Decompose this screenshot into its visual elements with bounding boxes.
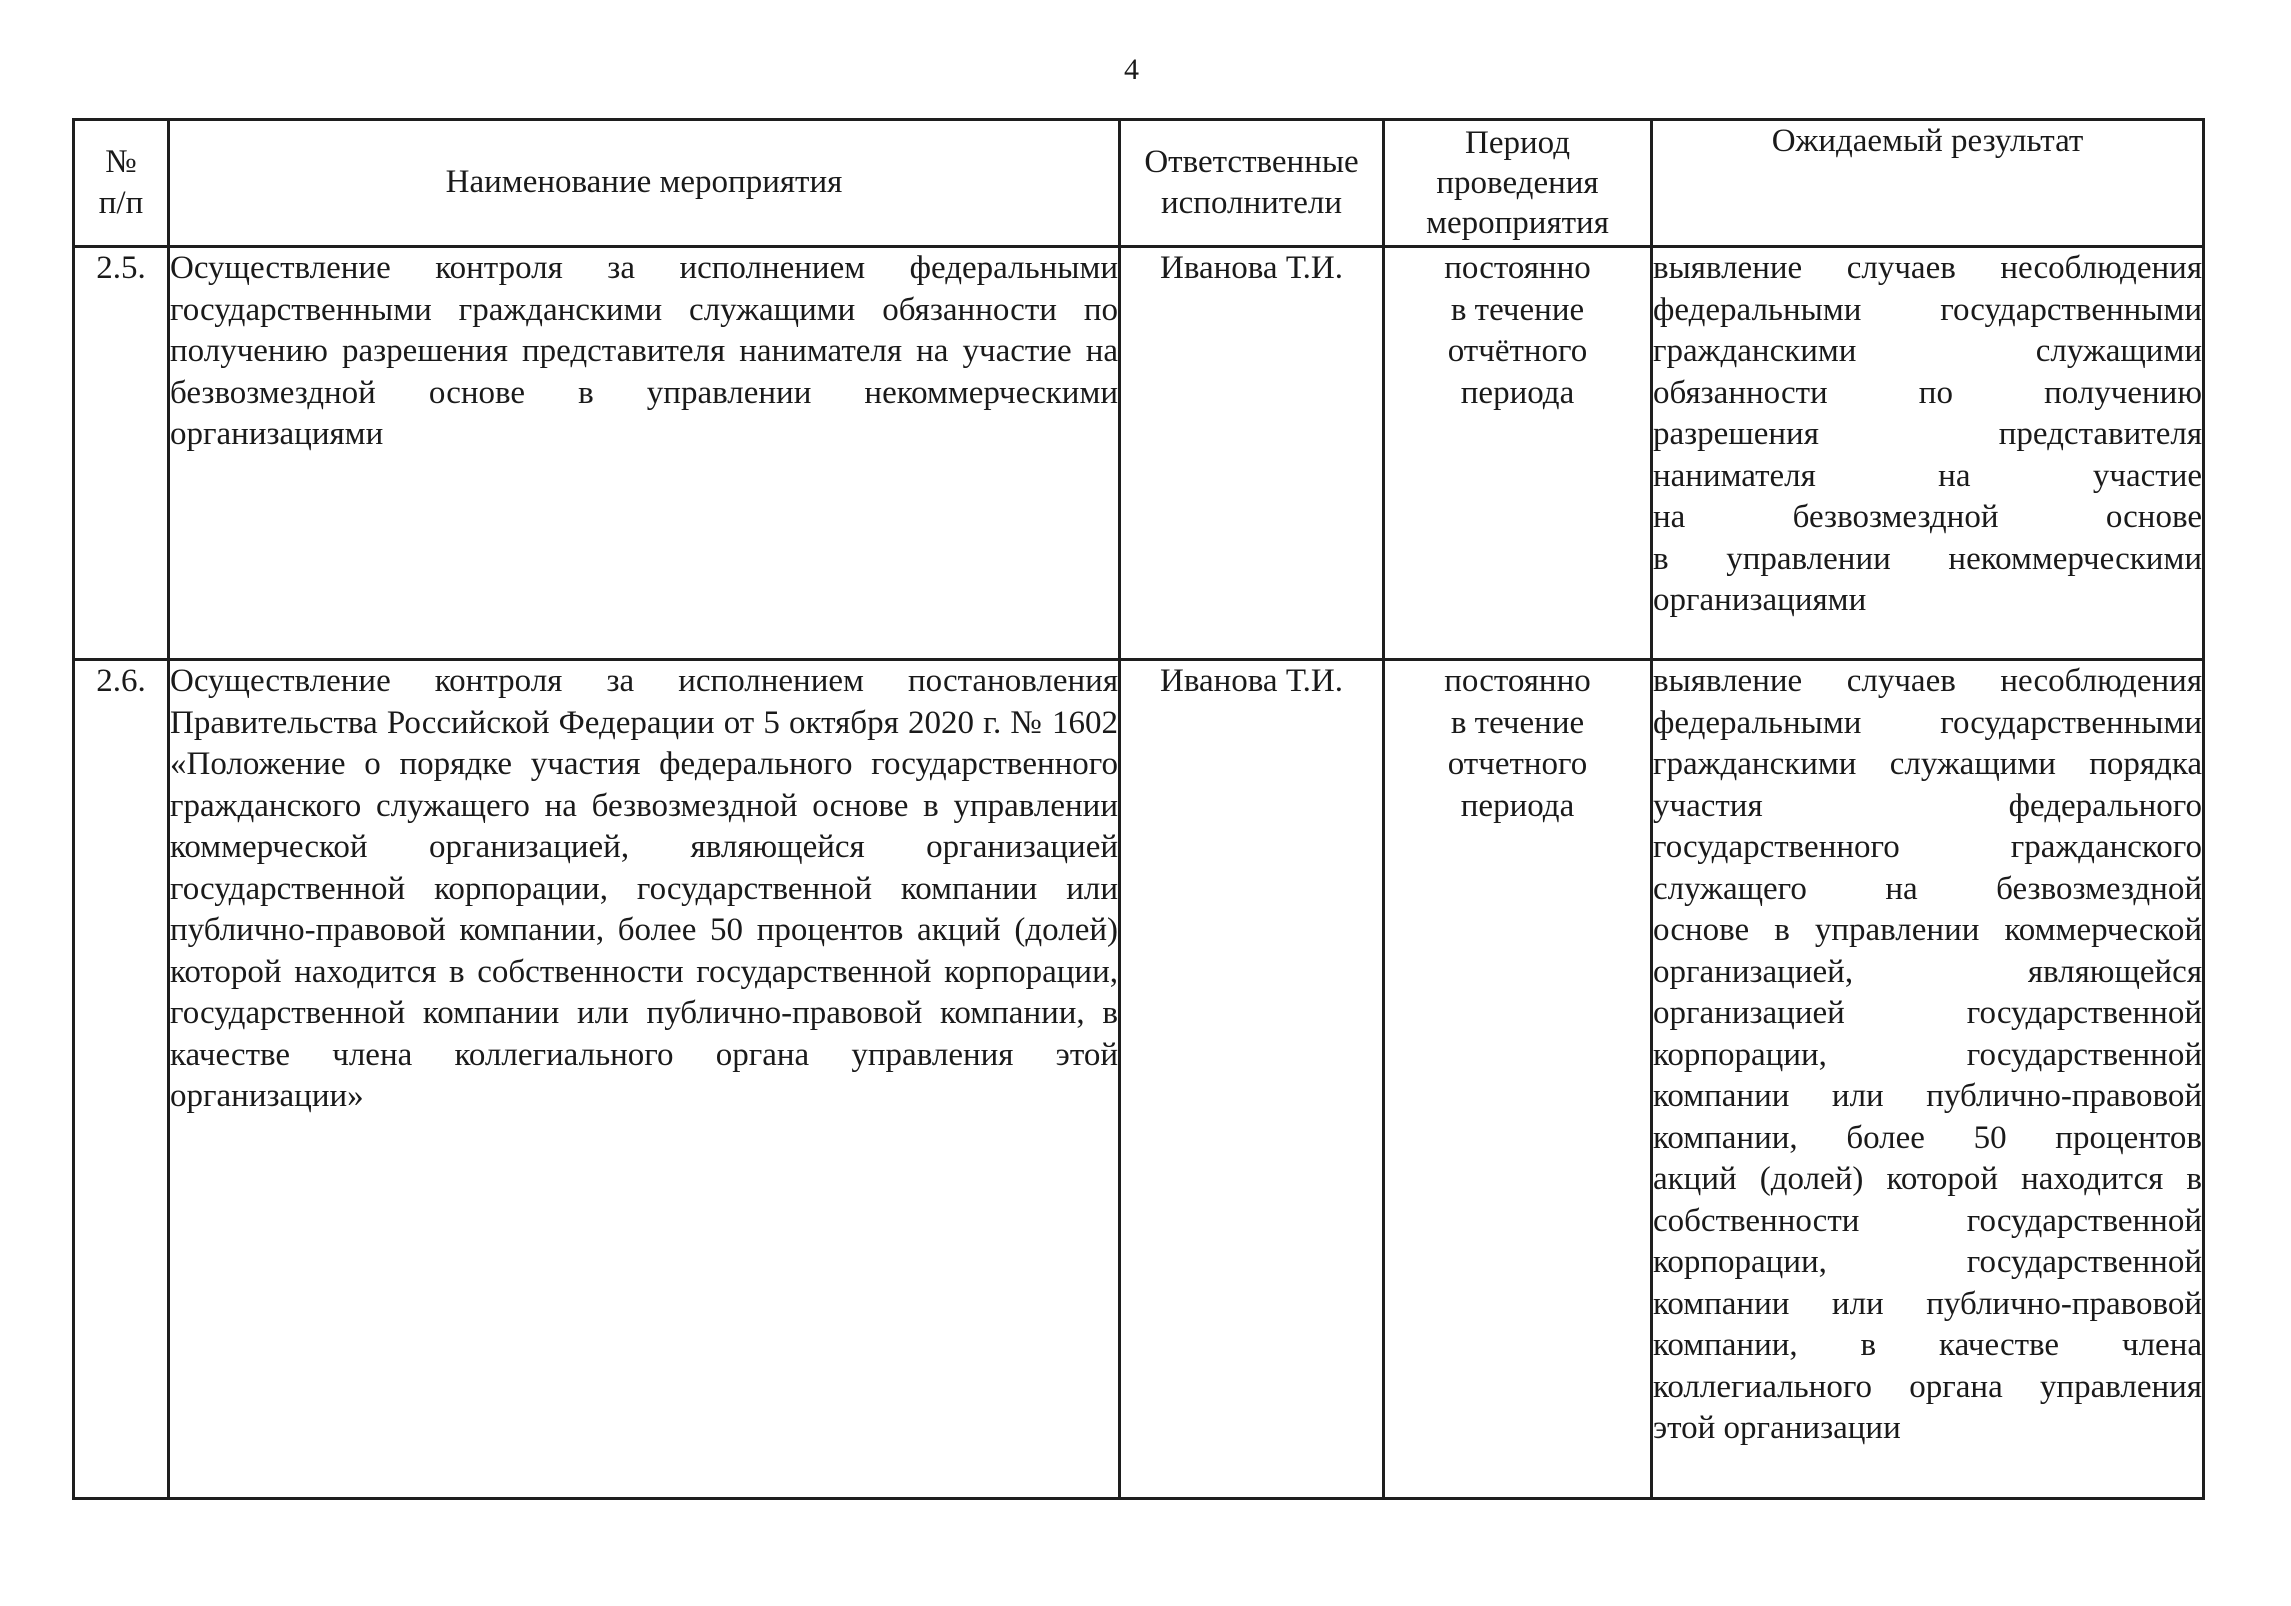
expected-result-line: гражданскими служащими порядка [1653,744,2202,786]
expected-result-line: выявление случаев несоблюдения [1653,661,2202,703]
expected-result-line: нанимателя на участие [1653,456,2202,498]
expected-result-line: коллегиального органа управления [1653,1367,2202,1409]
measures-table: № п/п Наименование мероприятия Ответстве… [72,118,2205,1500]
expected-result-line: компании, в качестве члена [1653,1325,2202,1367]
table-row: 2.5. Осуществление контроля за исполнени… [74,247,2204,660]
period-line: постоянно [1385,661,1650,703]
expected-result-line: основе в управлении коммерческой [1653,910,2202,952]
expected-result-line: организациями [1653,580,2202,622]
expected-result-line: федеральными государственными [1653,703,2202,745]
expected-result-line: компании или публично-правовой [1653,1076,2202,1118]
measure-name: Осуществление контроля за исполнением по… [169,660,1120,1499]
header-responsible-line: Ответственные [1121,142,1382,184]
row-number: 2.6. [74,660,169,1499]
row-number: 2.5. [74,247,169,660]
period: постоянно в течение отчетного периода [1384,660,1652,1499]
header-period-line: проведения [1385,163,1650,203]
expected-result-line: на безвозмездной основе [1653,497,2202,539]
expected-result-line: корпорации, государственной [1653,1035,2202,1077]
table-row: 2.6. Осуществление контроля за исполнени… [74,660,2204,1499]
measure-name: Осуществление контроля за исполнением фе… [169,247,1120,660]
period-line: периода [1385,373,1650,415]
expected-result-line: в управлении некоммерческими [1653,539,2202,581]
header-number-label: п/п [75,183,167,225]
header-period: Период проведения мероприятия [1384,120,1652,247]
expected-result-line: этой организации [1653,1408,2202,1450]
expected-result-line: разрешения представителя [1653,414,2202,456]
header-responsible: Ответственные исполнители [1120,120,1384,247]
expected-result-line: государственного гражданского [1653,827,2202,869]
responsible-person: Иванова Т.И. [1120,247,1384,660]
header-responsible-line: исполнители [1121,183,1382,225]
header-period-line: Период [1385,123,1650,163]
period-line: отчётного [1385,331,1650,373]
expected-result-line: организацией, являющейся [1653,952,2202,994]
header-result: Ожидаемый результат [1652,120,2204,247]
period-line: постоянно [1385,248,1650,290]
page-number: 4 [1124,52,1139,88]
period-line: периода [1385,786,1650,828]
period-line: в течение [1385,703,1650,745]
responsible-person: Иванова Т.И. [1120,660,1384,1499]
period-line: в течение [1385,290,1650,332]
expected-result-line: федеральными государственными [1653,290,2202,332]
header-period-line: мероприятия [1385,203,1650,243]
expected-result-line: собственности государственной [1653,1201,2202,1243]
expected-result-line: корпорации, государственной [1653,1242,2202,1284]
expected-result: выявление случаев несоблюденияфедеральны… [1652,660,2204,1499]
header-number-symbol: № [75,142,167,184]
expected-result-line: организацией государственной [1653,993,2202,1035]
expected-result-line: участия федерального [1653,786,2202,828]
expected-result-line: гражданскими служащими [1653,331,2202,373]
expected-result-line: выявление случаев несоблюдения [1653,248,2202,290]
header-number: № п/п [74,120,169,247]
period-line: отчетного [1385,744,1650,786]
expected-result-line: служащего на безвозмездной [1653,869,2202,911]
expected-result-line: компании, более 50 процентов [1653,1118,2202,1160]
table-header-row: № п/п Наименование мероприятия Ответстве… [74,120,2204,247]
expected-result-line: акций (долей) которой находится в [1653,1159,2202,1201]
expected-result-line: компании или публично-правовой [1653,1284,2202,1326]
period: постоянно в течение отчётного периода [1384,247,1652,660]
expected-result-line: обязанности по получению [1653,373,2202,415]
header-name: Наименование мероприятия [169,120,1120,247]
expected-result: выявление случаев несоблюденияфедеральны… [1652,247,2204,660]
